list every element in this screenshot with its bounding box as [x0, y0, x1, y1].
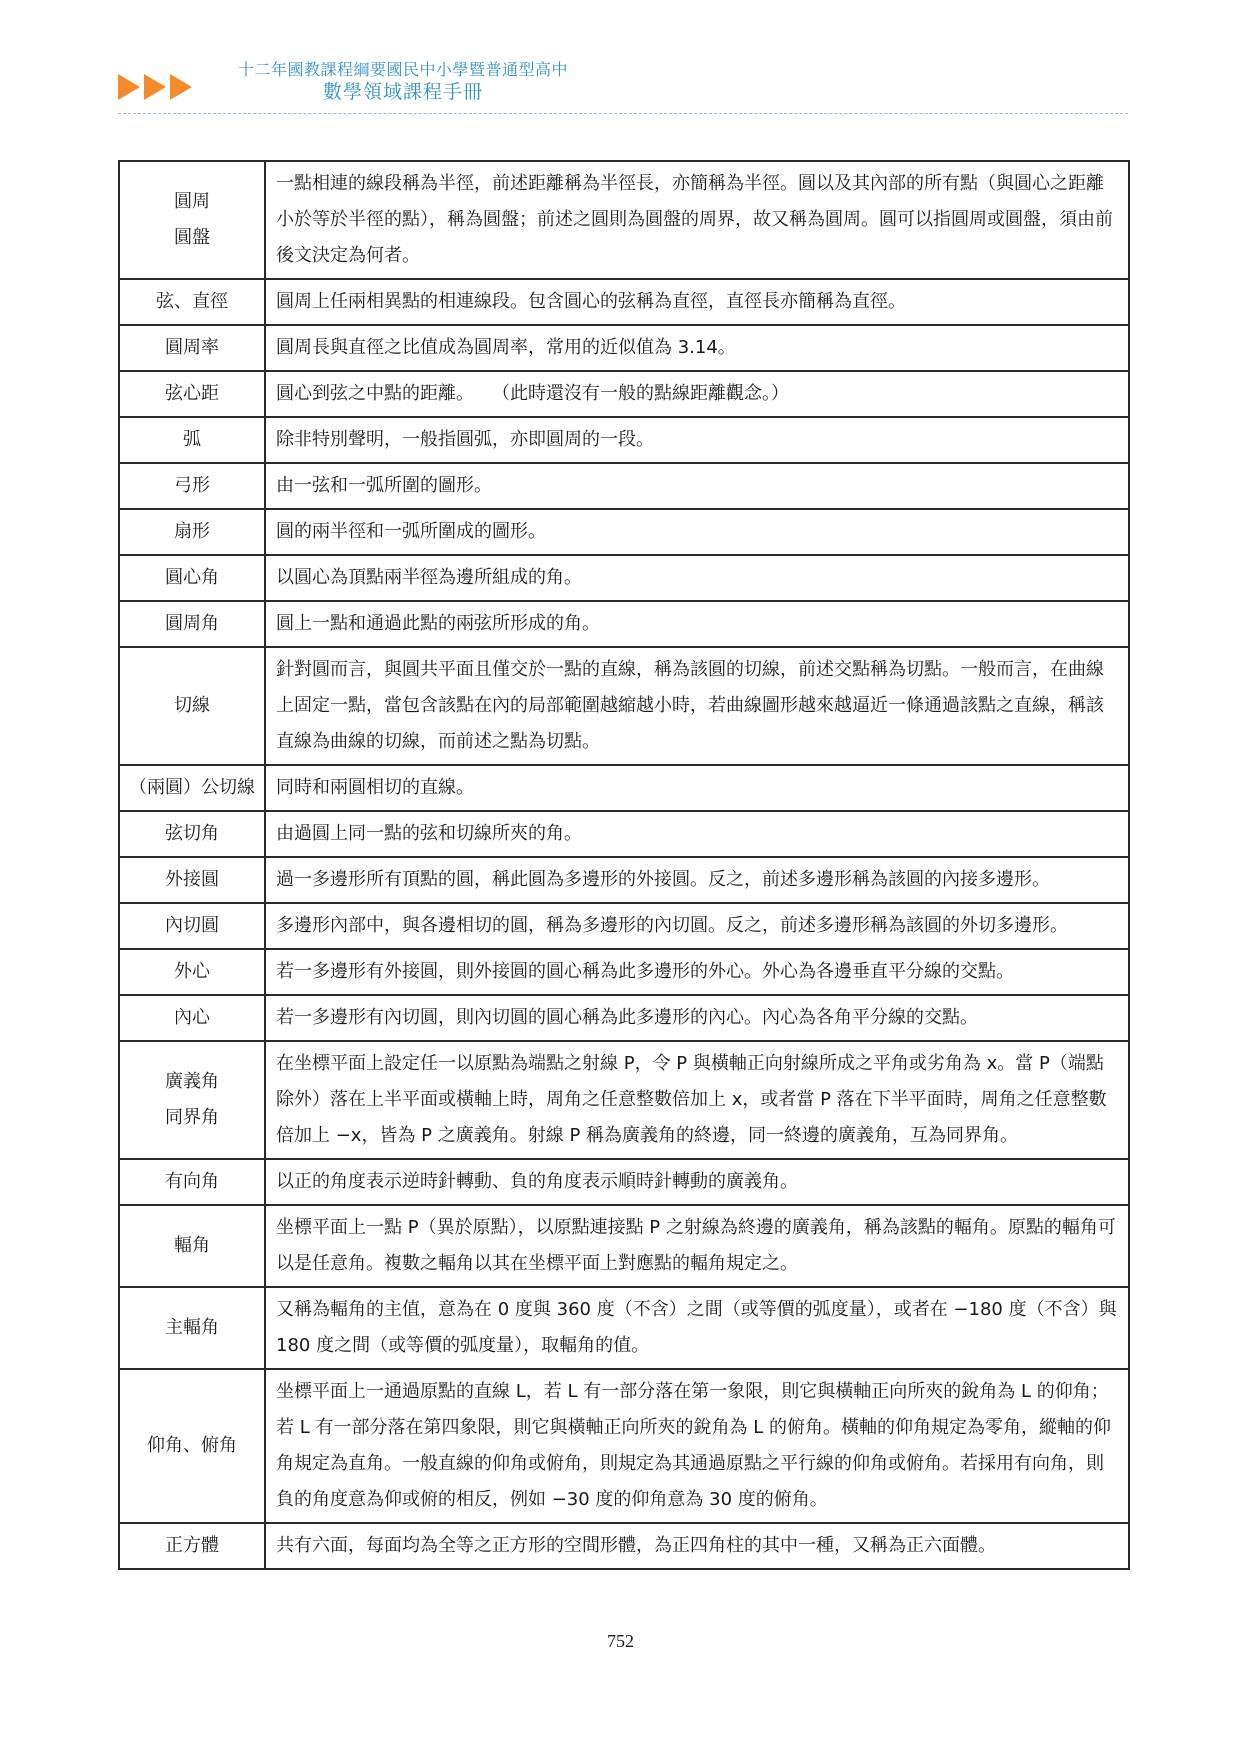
- term-cell: 弦心距: [119, 371, 265, 417]
- table-row: 弦心距圓心到弦之中點的距離。 （此時還沒有一般的點線距離觀念。）: [119, 371, 1129, 417]
- table-row: 內心若一多邊形有內切圓，則內切圓的圓心稱為此多邊形的內心。內心為各角平分線的交點…: [119, 995, 1129, 1041]
- definition-cell: 除非特別聲明，一般指圓弧，亦即圓周的一段。: [265, 417, 1129, 463]
- term-cell: 外心: [119, 949, 265, 995]
- term-label: 切線: [124, 688, 260, 724]
- term-label: 內切圓: [124, 908, 260, 944]
- definition-cell: 以圓心為頂點兩半徑為邊所組成的角。: [265, 555, 1129, 601]
- table-row: 外心若一多邊形有外接圓，則外接圓的圓心稱為此多邊形的外心。外心為各邊垂直平分線的…: [119, 949, 1129, 995]
- definition-cell: 針對圓而言，與圓共平面且僅交於一點的直線，稱為該圓的切線，前述交點稱為切點。一般…: [265, 647, 1129, 765]
- arrow-icon: [144, 74, 166, 100]
- term-cell: 內心: [119, 995, 265, 1041]
- definition-cell: 若一多邊形有外接圓，則外接圓的圓心稱為此多邊形的外心。外心為各邊垂直平分線的交點…: [265, 949, 1129, 995]
- definition-cell: 坐標平面上一通過原點的直線 L，若 L 有一部分落在第一象限，則它與橫軸正向所夾…: [265, 1369, 1129, 1523]
- term-cell: 圓心角: [119, 555, 265, 601]
- definition-cell: 由過圓上同一點的弦和切線所夾的角。: [265, 811, 1129, 857]
- term-label: 圓周角: [124, 606, 260, 642]
- term-label: 外接圓: [124, 862, 260, 898]
- page-number: 752: [0, 1631, 1241, 1652]
- definition-cell: 共有六面，每面均為全等之正方形的空間形體，為正四角柱的其中一種，又稱為正六面體。: [265, 1523, 1129, 1569]
- term-cell: 圓周角: [119, 601, 265, 647]
- term-cell: 外接圓: [119, 857, 265, 903]
- term-label: 弦切角: [124, 816, 260, 852]
- definition-cell: 圓心到弦之中點的距離。 （此時還沒有一般的點線距離觀念。）: [265, 371, 1129, 417]
- term-label: 廣義角: [124, 1064, 260, 1100]
- term-cell: 扇形: [119, 509, 265, 555]
- table-row: 圓周圓盤一點相連的線段稱為半徑，前述距離稱為半徑長，亦簡稱為半徑。圓以及其內部的…: [119, 161, 1129, 279]
- table-row: 弓形由一弦和一弧所圍的圖形。: [119, 463, 1129, 509]
- header-title: 十二年國教課程綱要國民中小學暨普通型高中 數學領域課程手冊: [213, 60, 593, 104]
- header-divider: [118, 113, 1128, 114]
- term-label: 圓周: [124, 184, 260, 220]
- page-header: 十二年國教課程綱要國民中小學暨普通型高中 數學領域課程手冊: [118, 58, 1128, 118]
- term-cell: 廣義角同界角: [119, 1041, 265, 1159]
- header-subtitle: 十二年國教課程綱要國民中小學暨普通型高中: [213, 60, 593, 80]
- definition-cell: 以正的角度表示逆時針轉動、負的角度表示順時針轉動的廣義角。: [265, 1159, 1129, 1205]
- term-label: （兩圓）公切線: [124, 770, 260, 806]
- definition-cell: 圓的兩半徑和一弧所圍成的圖形。: [265, 509, 1129, 555]
- table-row: 正方體共有六面，每面均為全等之正方形的空間形體，為正四角柱的其中一種，又稱為正六…: [119, 1523, 1129, 1569]
- table-row: 廣義角同界角在坐標平面上設定任一以原點為端點之射線 P，令 P 與橫軸正向射線所…: [119, 1041, 1129, 1159]
- term-label: 正方體: [124, 1528, 260, 1564]
- table-row: 扇形圓的兩半徑和一弧所圍成的圖形。: [119, 509, 1129, 555]
- table-row: 圓心角以圓心為頂點兩半徑為邊所組成的角。: [119, 555, 1129, 601]
- term-label: 弦、直徑: [124, 284, 260, 320]
- definition-cell: 由一弦和一弧所圍的圖形。: [265, 463, 1129, 509]
- term-label: 同界角: [124, 1100, 260, 1136]
- term-label: 扇形: [124, 514, 260, 550]
- term-cell: 弓形: [119, 463, 265, 509]
- table-row: 主輻角又稱為輻角的主值，意為在 0 度與 360 度（不含）之間（或等價的弧度量…: [119, 1287, 1129, 1369]
- definition-cell: 圓周長與直徑之比值成為圓周率，常用的近似值為 3.14。: [265, 325, 1129, 371]
- term-cell: 內切圓: [119, 903, 265, 949]
- table-row: 弦、直徑圓周上任兩相異點的相連線段。包含圓心的弦稱為直徑，直徑長亦簡稱為直徑。: [119, 279, 1129, 325]
- term-cell: 正方體: [119, 1523, 265, 1569]
- term-cell: 圓周率: [119, 325, 265, 371]
- term-cell: 圓周圓盤: [119, 161, 265, 279]
- definition-cell: 坐標平面上一點 P（異於原點），以原點連接點 P 之射線為終邊的廣義角，稱為該點…: [265, 1205, 1129, 1287]
- term-label: 輻角: [124, 1228, 260, 1264]
- arrow-icon: [170, 74, 192, 100]
- term-cell: 仰角、俯角: [119, 1369, 265, 1523]
- table-row: 圓周率圓周長與直徑之比值成為圓周率，常用的近似值為 3.14。: [119, 325, 1129, 371]
- triple-arrow-icon: [118, 74, 192, 100]
- term-label: 圓心角: [124, 560, 260, 596]
- definition-cell: 同時和兩圓相切的直線。: [265, 765, 1129, 811]
- table-row: 仰角、俯角坐標平面上一通過原點的直線 L，若 L 有一部分落在第一象限，則它與橫…: [119, 1369, 1129, 1523]
- term-label: 圓周率: [124, 330, 260, 366]
- table-row: 切線針對圓而言，與圓共平面且僅交於一點的直線，稱為該圓的切線，前述交點稱為切點。…: [119, 647, 1129, 765]
- term-label: 弧: [124, 422, 260, 458]
- glossary-table: 圓周圓盤一點相連的線段稱為半徑，前述距離稱為半徑長，亦簡稱為半徑。圓以及其內部的…: [118, 160, 1130, 1570]
- term-label: 圓盤: [124, 220, 260, 256]
- term-label: 仰角、俯角: [124, 1428, 260, 1464]
- term-cell: 切線: [119, 647, 265, 765]
- term-label: 弦心距: [124, 376, 260, 412]
- term-cell: （兩圓）公切線: [119, 765, 265, 811]
- table-row: 外接圓過一多邊形所有頂點的圓，稱此圓為多邊形的外接圓。反之，前述多邊形稱為該圓的…: [119, 857, 1129, 903]
- term-cell: 弦、直徑: [119, 279, 265, 325]
- table-row: 弦切角由過圓上同一點的弦和切線所夾的角。: [119, 811, 1129, 857]
- term-label: 內心: [124, 1000, 260, 1036]
- term-cell: 輻角: [119, 1205, 265, 1287]
- table-row: 輻角坐標平面上一點 P（異於原點），以原點連接點 P 之射線為終邊的廣義角，稱為…: [119, 1205, 1129, 1287]
- table-row: 有向角以正的角度表示逆時針轉動、負的角度表示順時針轉動的廣義角。: [119, 1159, 1129, 1205]
- definition-cell: 又稱為輻角的主值，意為在 0 度與 360 度（不含）之間（或等價的弧度量），或…: [265, 1287, 1129, 1369]
- term-label: 外心: [124, 954, 260, 990]
- term-cell: 弦切角: [119, 811, 265, 857]
- header-main-title: 數學領域課程手冊: [213, 80, 593, 104]
- glossary-body: 圓周圓盤一點相連的線段稱為半徑，前述距離稱為半徑長，亦簡稱為半徑。圓以及其內部的…: [119, 161, 1129, 1569]
- table-row: 內切圓多邊形內部中，與各邊相切的圓，稱為多邊形的內切圓。反之，前述多邊形稱為該圓…: [119, 903, 1129, 949]
- arrow-icon: [118, 74, 140, 100]
- term-label: 有向角: [124, 1164, 260, 1200]
- term-cell: 主輻角: [119, 1287, 265, 1369]
- definition-cell: 圓上一點和通過此點的兩弦所形成的角。: [265, 601, 1129, 647]
- definition-cell: 過一多邊形所有頂點的圓，稱此圓為多邊形的外接圓。反之，前述多邊形稱為該圓的內接多…: [265, 857, 1129, 903]
- term-label: 主輻角: [124, 1310, 260, 1346]
- definition-cell: 若一多邊形有內切圓，則內切圓的圓心稱為此多邊形的內心。內心為各角平分線的交點。: [265, 995, 1129, 1041]
- definition-cell: 一點相連的線段稱為半徑，前述距離稱為半徑長，亦簡稱為半徑。圓以及其內部的所有點（…: [265, 161, 1129, 279]
- table-row: 弧除非特別聲明，一般指圓弧，亦即圓周的一段。: [119, 417, 1129, 463]
- table-row: （兩圓）公切線同時和兩圓相切的直線。: [119, 765, 1129, 811]
- definition-cell: 多邊形內部中，與各邊相切的圓，稱為多邊形的內切圓。反之，前述多邊形稱為該圓的外切…: [265, 903, 1129, 949]
- term-cell: 弧: [119, 417, 265, 463]
- definition-cell: 圓周上任兩相異點的相連線段。包含圓心的弦稱為直徑，直徑長亦簡稱為直徑。: [265, 279, 1129, 325]
- table-row: 圓周角圓上一點和通過此點的兩弦所形成的角。: [119, 601, 1129, 647]
- term-label: 弓形: [124, 468, 260, 504]
- term-cell: 有向角: [119, 1159, 265, 1205]
- definition-cell: 在坐標平面上設定任一以原點為端點之射線 P，令 P 與橫軸正向射線所成之平角或劣…: [265, 1041, 1129, 1159]
